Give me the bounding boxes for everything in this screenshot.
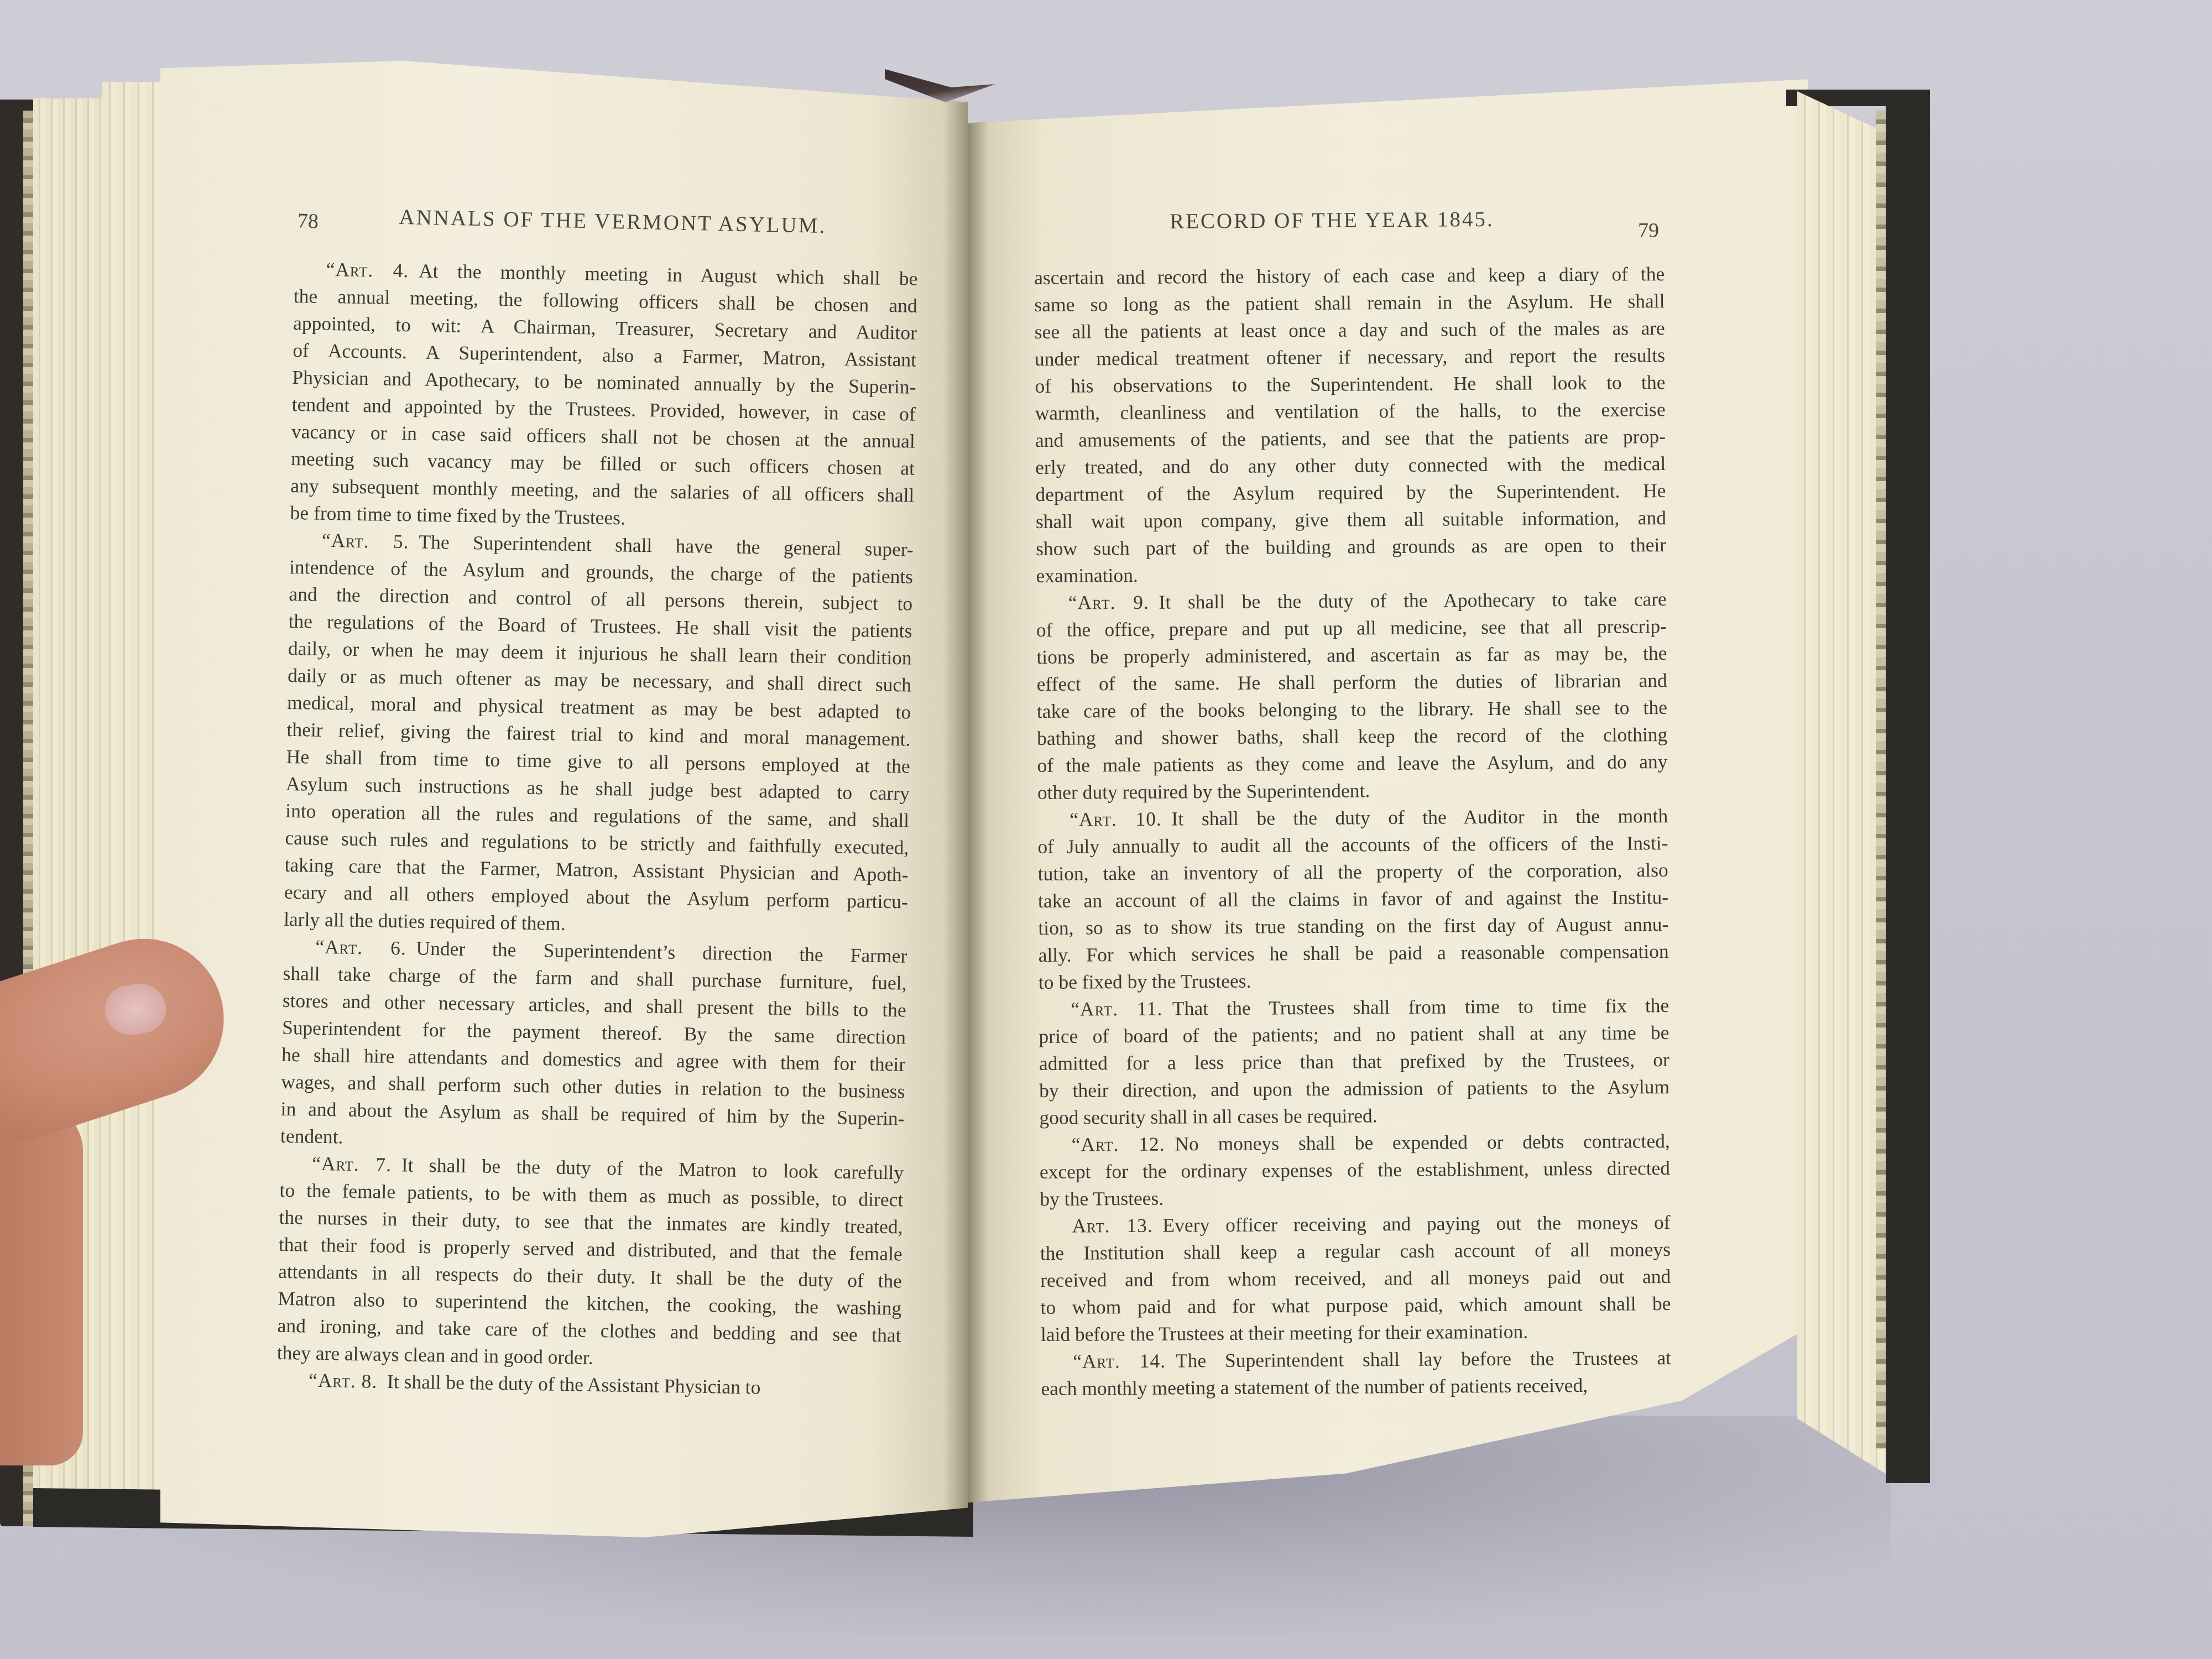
text-line: and amusements of the patients, and see … [1035, 423, 1666, 454]
article-paragraph: “Art. 11. That the Trustees shall from t… [1039, 992, 1670, 1131]
text-line: see all the patients at least once a day… [1035, 315, 1665, 346]
line-text: other duty required by the Superintenden… [1037, 779, 1370, 804]
text-line: of the office, prepare and put up all me… [1036, 613, 1667, 644]
text-line: shall wait upon company, give them all s… [1036, 504, 1666, 535]
article-label: “Art. 8. [309, 1369, 378, 1392]
text-line: laid before the Trustees at their meetin… [1041, 1317, 1671, 1348]
line-text: department of the Asylum required by the… [1035, 479, 1666, 505]
line-text: The Superintendent shall lay before the … [1176, 1347, 1671, 1371]
line-text: be from time to time fixed by the Truste… [290, 502, 625, 529]
page-number-left: 78 [297, 208, 319, 233]
line-text: erly treated, and do any other duty conn… [1035, 452, 1666, 478]
text-line: tions be properly administered, and asce… [1036, 640, 1667, 671]
line-text: warmth, cleanliness and ventilation of t… [1035, 398, 1666, 424]
line-text: ally. For which services he shall be pai… [1039, 940, 1669, 966]
line-text: effect of the same. He shall perform the… [1037, 669, 1667, 695]
line-text: admitted for a less price than that pref… [1039, 1048, 1670, 1074]
line-text: That the Trustees shall from time to tim… [1172, 994, 1669, 1019]
article-paragraph: “Art. 14. The Superintendent shall lay b… [1041, 1344, 1672, 1402]
marbled-edge-right [1876, 111, 1887, 1449]
line-text: tendent. [280, 1125, 343, 1148]
article-label: “Art. 9. [1068, 591, 1149, 614]
text-line: the Institution shall keep a regular cas… [1040, 1236, 1671, 1267]
article-paragraph: “Art. 5. The Superintendent shall have t… [284, 526, 914, 943]
text-line: of July annually to audit all the accoun… [1037, 830, 1668, 860]
line-text: laid before the Trustees at their meetin… [1041, 1321, 1528, 1345]
line-text: No moneys shall be expended or debts con… [1175, 1130, 1670, 1155]
line-text: show such part of the building and groun… [1036, 534, 1666, 560]
text-line: bathing and shower baths, shall keep the… [1037, 721, 1667, 752]
left-page-text: “Art. 4. At the monthly meeting in Augus… [276, 255, 918, 1403]
line-text: under medical treatment oftener if neces… [1035, 344, 1665, 370]
article-label: “Art. 4. [326, 258, 409, 281]
text-line: Art. 13. Every officer receiving and pay… [1040, 1209, 1670, 1240]
line-text: received and from whom received, and all… [1040, 1265, 1671, 1291]
line-text: each monthly meeting a statement of the … [1041, 1374, 1588, 1400]
line-text: to whom paid and for what purpose paid, … [1040, 1292, 1671, 1318]
line-text: see all the patients at least once a day… [1035, 317, 1665, 343]
text-line: department of the Asylum required by the… [1035, 477, 1666, 508]
text-line: take an account of all the claims in fav… [1038, 884, 1668, 915]
text-line: erly treated, and do any other duty conn… [1035, 450, 1666, 481]
text-line: warmth, cleanliness and ventilation of t… [1035, 396, 1665, 427]
page-edges-right [1797, 91, 1886, 1474]
text-line: show such part of the building and groun… [1036, 531, 1666, 562]
text-line: same so long as the patient shall remain… [1034, 288, 1665, 319]
article-label: “Art. 12. [1072, 1133, 1165, 1156]
line-text: tution, take an inventory of all the pro… [1038, 859, 1668, 885]
line-text: of his observations to the Superintenden… [1035, 371, 1665, 397]
article-label: “Art. 7. [312, 1152, 392, 1176]
article-paragraph: “Art. 9. It shall be the duty of the Apo… [1036, 586, 1668, 806]
article-label: “Art. 11. [1071, 998, 1162, 1020]
text-line: tution, take an inventory of all the pro… [1038, 857, 1668, 888]
line-text: price of board of the patients; and no p… [1039, 1021, 1669, 1047]
text-line: “Art. 9. It shall be the duty of the Apo… [1036, 586, 1667, 617]
line-text: they are always clean and in good order. [277, 1342, 593, 1369]
line-text: ascertain and record the history of each… [1034, 263, 1665, 289]
text-line: take care of the books belonging to the … [1037, 694, 1667, 725]
line-text: larly all the duties required of them. [284, 908, 566, 935]
hand [0, 1106, 83, 1465]
text-line: ally. For which services he shall be pai… [1038, 938, 1668, 969]
page-edges-left-inner [102, 82, 163, 1498]
text-line: “Art. 14. The Superintendent shall lay b… [1041, 1344, 1671, 1375]
line-text: It shall be the duty of the Assistant Ph… [387, 1370, 761, 1399]
line-text: to be fixed by the Trustees. [1039, 970, 1251, 993]
line-text: examination. [1036, 564, 1138, 587]
article-paragraph: “Art. 6. Under the Superintendent’s dire… [280, 933, 907, 1160]
article-label: “Art. 10. [1070, 808, 1162, 831]
line-text: the Institution shall keep a regular cas… [1040, 1238, 1671, 1264]
text-line: “Art. 12. No moneys shall be expended or… [1040, 1128, 1670, 1159]
line-text: good security shall in all cases be requ… [1039, 1104, 1377, 1129]
text-line: to whom paid and for what purpose paid, … [1040, 1290, 1671, 1321]
line-text: tions be properly administered, and asce… [1036, 642, 1667, 668]
book-cover-right [1886, 90, 1930, 1483]
text-line: under medical treatment oftener if neces… [1035, 342, 1665, 373]
line-text: shall wait upon company, give them all s… [1036, 507, 1666, 533]
line-text: It shall be the duty of the Matron to lo… [401, 1154, 904, 1183]
line-text: of July annually to audit all the accoun… [1037, 832, 1668, 858]
line-text: take an account of all the claims in fav… [1038, 886, 1668, 912]
line-text: except for the ordinary expenses of the … [1040, 1157, 1670, 1183]
article-paragraph: “Art. 10. It shall be the duty of the Au… [1037, 802, 1669, 996]
line-text: It shall be the duty of the Apothecary t… [1159, 588, 1666, 613]
line-text: The Superintendent shall have the genera… [419, 531, 914, 561]
line-text: of the office, prepare and put up all me… [1036, 615, 1667, 641]
page-number-right: 79 [1638, 218, 1659, 243]
article-paragraph: “Art. 12. No moneys shall be expended or… [1040, 1128, 1671, 1213]
text-line: by the Trustees. [1040, 1182, 1670, 1213]
text-line: to be fixed by the Trustees. [1039, 965, 1669, 996]
line-text: bathing and shower baths, shall keep the… [1037, 723, 1667, 749]
line-text: same so long as the patient shall remain… [1034, 290, 1665, 316]
line-text: take care of the books belonging to the … [1037, 696, 1667, 722]
text-line: received and from whom received, and all… [1040, 1263, 1671, 1294]
text-line: examination. [1036, 559, 1666, 589]
text-line: admitted for a less price than that pref… [1039, 1046, 1670, 1077]
line-text: tion, so as to show its true standing on… [1038, 913, 1668, 939]
line-text: and amusements of the patients, and see … [1035, 425, 1666, 451]
text-line: ascertain and record the history of each… [1034, 260, 1665, 291]
text-line: of the male patients as they come and le… [1037, 748, 1667, 779]
text-line: “Art. 11. That the Trustees shall from t… [1039, 992, 1669, 1023]
article-label: “Art. 6. [315, 936, 406, 959]
article-label: Art. 13. [1072, 1214, 1152, 1237]
article-paragraph: “Art. 4. At the monthly meeting in Augus… [290, 255, 918, 536]
text-line: tion, so as to show its true standing on… [1038, 911, 1668, 942]
text-line: except for the ordinary expenses of the … [1040, 1155, 1670, 1186]
text-line: good security shall in all cases be requ… [1039, 1100, 1670, 1131]
article-label: “Art. 14. [1073, 1350, 1166, 1373]
line-text: Under the Superintendent’s direction the… [416, 937, 907, 967]
continuation-paragraph: ascertain and record the history of each… [1034, 260, 1667, 589]
text-line: effect of the same. He shall perform the… [1036, 667, 1667, 698]
text-line: “Art. 10. It shall be the duty of the Au… [1037, 802, 1668, 833]
line-text: It shall be the duty of the Auditor in t… [1171, 805, 1668, 830]
line-text: by the Trustees. [1040, 1187, 1164, 1210]
text-line: other duty required by the Superintenden… [1037, 775, 1668, 806]
running-head-right: RECORD OF THE YEAR 1845. [1170, 207, 1494, 234]
line-text: of the male patients as they come and le… [1037, 750, 1667, 776]
text-line: each monthly meeting a statement of the … [1041, 1371, 1671, 1402]
line-text: by their direction, and upon the admissi… [1039, 1076, 1670, 1102]
article-paragraph: “Art. 7. It shall be the duty of the Mat… [276, 1150, 904, 1376]
article-label: “Art. 5. [322, 529, 409, 552]
text-line: price of board of the patients; and no p… [1039, 1019, 1669, 1050]
text-line: of his observations to the Superintenden… [1035, 369, 1665, 400]
line-text: At the monthly meeting in August which s… [419, 260, 918, 290]
right-page-text: ascertain and record the history of each… [1034, 260, 1672, 1402]
text-line: by their direction, and upon the admissi… [1039, 1073, 1670, 1104]
article-paragraph: Art. 13. Every officer receiving and pay… [1040, 1209, 1671, 1348]
line-text: Every officer receiving and paying out t… [1162, 1211, 1670, 1237]
